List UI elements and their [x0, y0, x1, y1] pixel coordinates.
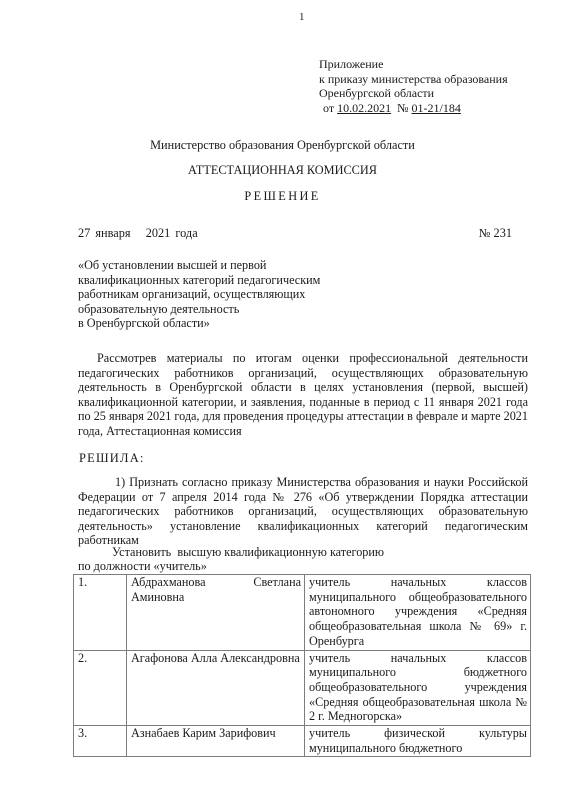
decision-number: № 231 [479, 226, 512, 241]
position-text: по должности «учитель» [78, 559, 207, 574]
row-number: 1. [74, 575, 127, 651]
teacher-patronymic: Аминовна [131, 590, 301, 605]
preamble-paragraph: Рассмотрев материалы по итогам оценки пр… [78, 351, 528, 439]
table-row: 1. Абдрахманова Светлана Аминовна учител… [74, 575, 531, 651]
teacher-firstname: Светлана [253, 575, 301, 590]
teacher-name: Азнабаев Карим Зарифович [127, 726, 305, 757]
appendix-date-line: от 10.02.2021 № 01-21/184 [319, 101, 508, 116]
subject-line: «Об установлении высшей и первой [78, 258, 320, 273]
table-row: 2. Агафонова Алла Александровна учитель … [74, 650, 531, 726]
subject-line: работникам организаций, осуществляющих [78, 287, 320, 302]
teacher-position-org: учитель физической культуры муниципально… [305, 726, 531, 757]
table-row: 3. Азнабаев Карим Зарифович учитель физи… [74, 726, 531, 757]
appendix-order-ref: к приказу министерства образования [319, 72, 508, 87]
appendix-region: Оренбургской области [319, 86, 508, 101]
appendix-date: 10.02.2021 [337, 101, 391, 115]
teacher-position-org: учитель начальных классов муниципального… [305, 575, 531, 651]
appendix-number-prefix: № [391, 101, 411, 115]
teacher-position-org: учитель начальных классов муниципального… [305, 650, 531, 726]
teachers-table: 1. Абдрахманова Светлана Аминовна учител… [73, 574, 531, 757]
appendix-number: 01-21/184 [412, 101, 461, 115]
item-1-paragraph: 1) Признать согласно приказу Министерств… [78, 475, 528, 548]
commission-title: АТТЕСТАЦИОННАЯ КОМИССИЯ [0, 163, 565, 178]
decision-title: РЕШЕНИЕ [0, 189, 565, 204]
row-number: 3. [74, 726, 127, 757]
decision-subject: «Об установлении высшей и первой квалифи… [78, 258, 320, 331]
page-number: 1 [299, 11, 305, 23]
subject-line: квалификационных категорий педагогически… [78, 273, 320, 288]
resolved-heading: РЕШИЛА: [79, 451, 145, 466]
row-number: 2. [74, 650, 127, 726]
establish-category-text: Установить высшую квалификационную катег… [112, 545, 384, 560]
decision-date: 27 января 2021 года [78, 226, 198, 241]
teacher-name: Абдрахманова Светлана Аминовна [127, 575, 305, 651]
ministry-name: Министерство образования Оренбургской об… [0, 138, 565, 153]
subject-line: образовательную деятельность [78, 302, 320, 317]
appendix-date-prefix: от [323, 101, 337, 115]
subject-line: в Оренбургской области» [78, 316, 320, 331]
teacher-surname: Абдрахманова [131, 575, 206, 590]
teacher-name: Агафонова Алла Александровна [127, 650, 305, 726]
appendix-title: Приложение [319, 57, 508, 72]
appendix-block: Приложение к приказу министерства образо… [319, 57, 508, 115]
